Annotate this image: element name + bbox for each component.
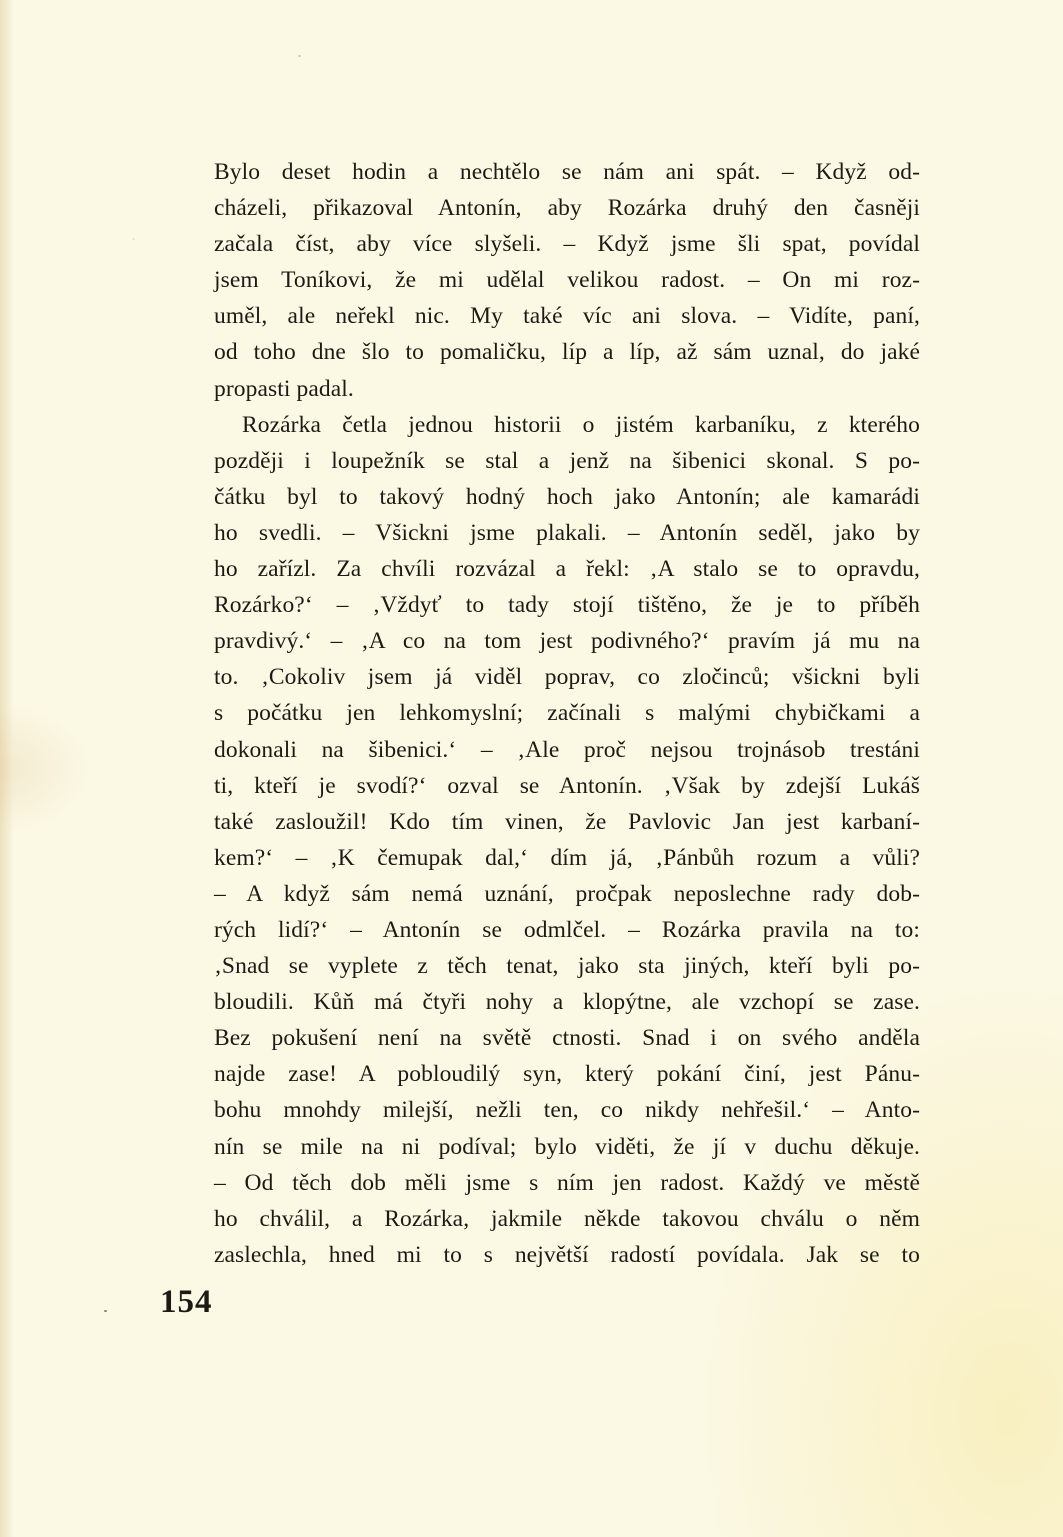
scan-speck xyxy=(132,238,135,240)
text-line: ho chválil, a Rozárka, jakmile někde tak… xyxy=(214,1201,920,1237)
text-line: čátku byl to takový hodný hoch jako Anto… xyxy=(214,479,920,515)
scan-speck xyxy=(104,1310,107,1312)
text-line: Rozárko?‘ – ‚Vždyť to tady stojí tištěno… xyxy=(214,587,920,623)
text-line: rých lidí?‘ – Antonín se odmlčel. – Rozá… xyxy=(214,912,920,948)
text-line: Bylo deset hodin a nechtělo se nám ani s… xyxy=(214,154,920,190)
text-line: od toho dne šlo to pomaličku, líp a líp,… xyxy=(214,334,920,370)
text-line: ‚Snad se vyplete z těch tenat, jako sta … xyxy=(214,948,920,984)
paragraph-1: Bylo deset hodin a nechtělo se nám ani s… xyxy=(214,154,920,407)
text-line: Rozárka četla jednou historii o jistém k… xyxy=(214,407,920,443)
text-line: cházeli, přikazoval Antonín, aby Rozárka… xyxy=(214,190,920,226)
text-line: jsem Toníkovi, že mi udělal velikou rado… xyxy=(214,262,920,298)
text-line: také zasloužil! Kdo tím vinen, že Pavlov… xyxy=(214,804,920,840)
text-line: později i loupežník se stal a jenž na ši… xyxy=(214,443,920,479)
text-line: Bez pokušení není na světě ctnosti. Snad… xyxy=(214,1020,920,1056)
text-line: kem?‘ – ‚K čemupak dal,‘ dím já, ‚Pánbůh… xyxy=(214,840,920,876)
book-page: Bylo deset hodin a nechtělo se nám ani s… xyxy=(0,0,1063,1537)
scan-speck xyxy=(298,55,301,57)
page-number: 154 xyxy=(160,1284,213,1321)
text-line: – Od těch dob měli jsme s ním jen radost… xyxy=(214,1165,920,1201)
body-text: Bylo deset hodin a nechtělo se nám ani s… xyxy=(214,154,920,1273)
text-line: to. ‚Cokoliv jsem já viděl poprav, co zl… xyxy=(214,659,920,695)
text-line: zaslechla, hned mi to s největší radostí… xyxy=(214,1237,920,1273)
text-line: ho svedli. – Všickni jsme plakali. – Ant… xyxy=(214,515,920,551)
text-line: ti, kteří je svodí?‘ ozval se Antonín. ‚… xyxy=(214,768,920,804)
paragraph-2: Rozárka četla jednou historii o jistém k… xyxy=(214,407,920,1273)
text-line: uměl, ale neřekl nic. My také víc ani sl… xyxy=(214,298,920,334)
text-line: propasti padal. xyxy=(214,371,920,407)
text-line: bohu mnohdy milejší, nežli ten, co nikdy… xyxy=(214,1092,920,1128)
text-line: – A když sám nemá uznání, pročpak neposl… xyxy=(214,876,920,912)
text-line: nín se mile na ni podíval; bylo viděti, … xyxy=(214,1129,920,1165)
text-line: začala číst, aby více slyšeli. – Když js… xyxy=(214,226,920,262)
text-line: pravdivý.‘ – ‚A co na tom jest podivného… xyxy=(214,623,920,659)
text-line: dokonali na šibenici.‘ – ‚Ale proč nejso… xyxy=(214,732,920,768)
text-line: s počátku jen lehkomyslní; začínali s ma… xyxy=(214,695,920,731)
text-line: bloudili. Kůň má čtyři nohy a klopýtne, … xyxy=(214,984,920,1020)
text-line: najde zase! A pobloudilý syn, který poká… xyxy=(214,1056,920,1092)
text-line: ho zařízl. Za chvíli rozvázal a řekl: ‚A… xyxy=(214,551,920,587)
